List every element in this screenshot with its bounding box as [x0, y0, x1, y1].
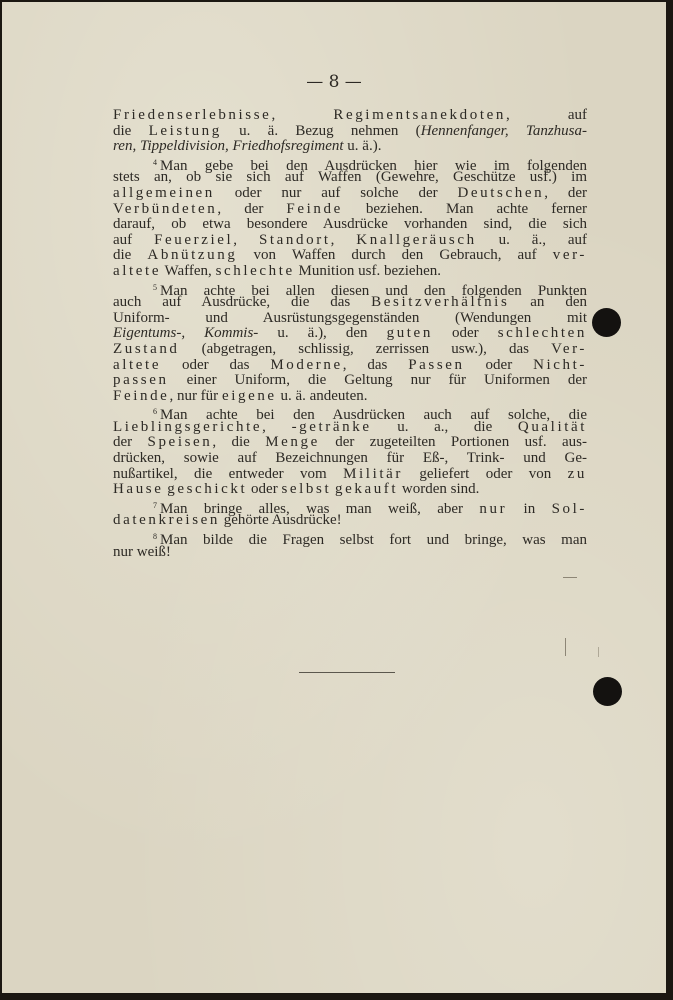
text-line: auch auf Ausdrücke, die das Besitzverhäl… [113, 295, 587, 311]
text-line: altete Waffen, schlechte Munition usf. b… [113, 264, 587, 280]
document-page: — 8 — Friedenserlebnisse, Regimentsanekd… [2, 2, 666, 993]
text-line: darauf, ob etwa besondere Ausdrücke vorh… [113, 217, 587, 233]
footnote-number: 5 [153, 283, 157, 292]
text-line: drücken, sowie auf Bezeichnungen für Eß-… [113, 451, 587, 467]
print-mark [565, 638, 566, 656]
text-line: Friedenserlebnisse, Regimentsanekdoten, … [113, 108, 587, 124]
print-mark [563, 577, 577, 578]
footnote-paragraph: 8Man bilde die Fragen selbst fort und br… [113, 529, 587, 560]
text-line: Verbündeten, der Feinde beziehen. Man ac… [113, 202, 587, 218]
text-line: Lieblingsgerichte, -getränke u. a., die … [113, 420, 587, 436]
page-number: — 8 — [2, 72, 666, 92]
text-line: altete oder das Moderne, das Passen oder… [113, 358, 587, 374]
text-line: auf Feuerziel, Standort, Knallgeräusch u… [113, 233, 587, 249]
text-line: stets an, ob sie sich auf Waffen (Gewehr… [113, 170, 587, 186]
text-line: nußartikel, die entweder vom Militär gel… [113, 467, 587, 483]
text-line: 7Man bringe alles, was man weiß, aber nu… [113, 498, 587, 514]
text-line: Uniform- und Ausrüstungsgegenständen (We… [113, 311, 587, 327]
text-line: allgemeinen oder nur auf solche der Deut… [113, 186, 587, 202]
section-divider [299, 672, 395, 673]
text-line: Zustand (abgetragen, schlissig, zerrisse… [113, 342, 587, 358]
text-line: 6Man achte bei den Ausdrücken auch auf s… [113, 404, 587, 420]
text-line: passen einer Uniform, die Geltung nur fü… [113, 373, 587, 389]
footnote-number: 7 [153, 501, 157, 510]
footnote-paragraph: 7Man bringe alles, was man weiß, aber nu… [113, 498, 587, 529]
text-line: 8Man bilde die Fragen selbst fort und br… [113, 529, 587, 545]
text-line: der Speisen, die Menge der zugeteilten P… [113, 435, 587, 451]
footnote-number: 4 [153, 158, 157, 167]
footnote-number: 8 [153, 532, 157, 541]
punch-hole [592, 308, 621, 337]
text-line: die Abnützung von Waffen durch den Gebra… [113, 248, 587, 264]
text-line: 4Man gebe bei den Ausdrücken hier wie im… [113, 155, 587, 171]
footnote-paragraph: 5Man achte bei allen diesen und den folg… [113, 280, 587, 405]
print-mark [598, 647, 599, 657]
footnote-number: 6 [153, 407, 157, 416]
text-line: 5Man achte bei allen diesen und den folg… [113, 280, 587, 296]
text-line: Eigentums-, Kommis- u. ä.), den guten od… [113, 326, 587, 342]
text-line: Hause geschickt oder selbst gekauft word… [113, 482, 587, 498]
body-text: Friedenserlebnisse, Regimentsanekdoten, … [113, 108, 587, 560]
footnote-paragraph: 6Man achte bei den Ausdrücken auch auf s… [113, 404, 587, 498]
footnote-paragraph: 4Man gebe bei den Ausdrücken hier wie im… [113, 155, 587, 280]
punch-hole [593, 677, 622, 706]
paragraph: Friedenserlebnisse, Regimentsanekdoten, … [113, 108, 587, 155]
text-line: die Leistung u. ä. Bezug nehmen (Hennenf… [113, 124, 587, 140]
text-line: ren, Tippeldivision, Friedhofsregiment u… [113, 139, 587, 155]
text-line: Feinde, nur für eigene u. ä. andeuten. [113, 389, 587, 405]
